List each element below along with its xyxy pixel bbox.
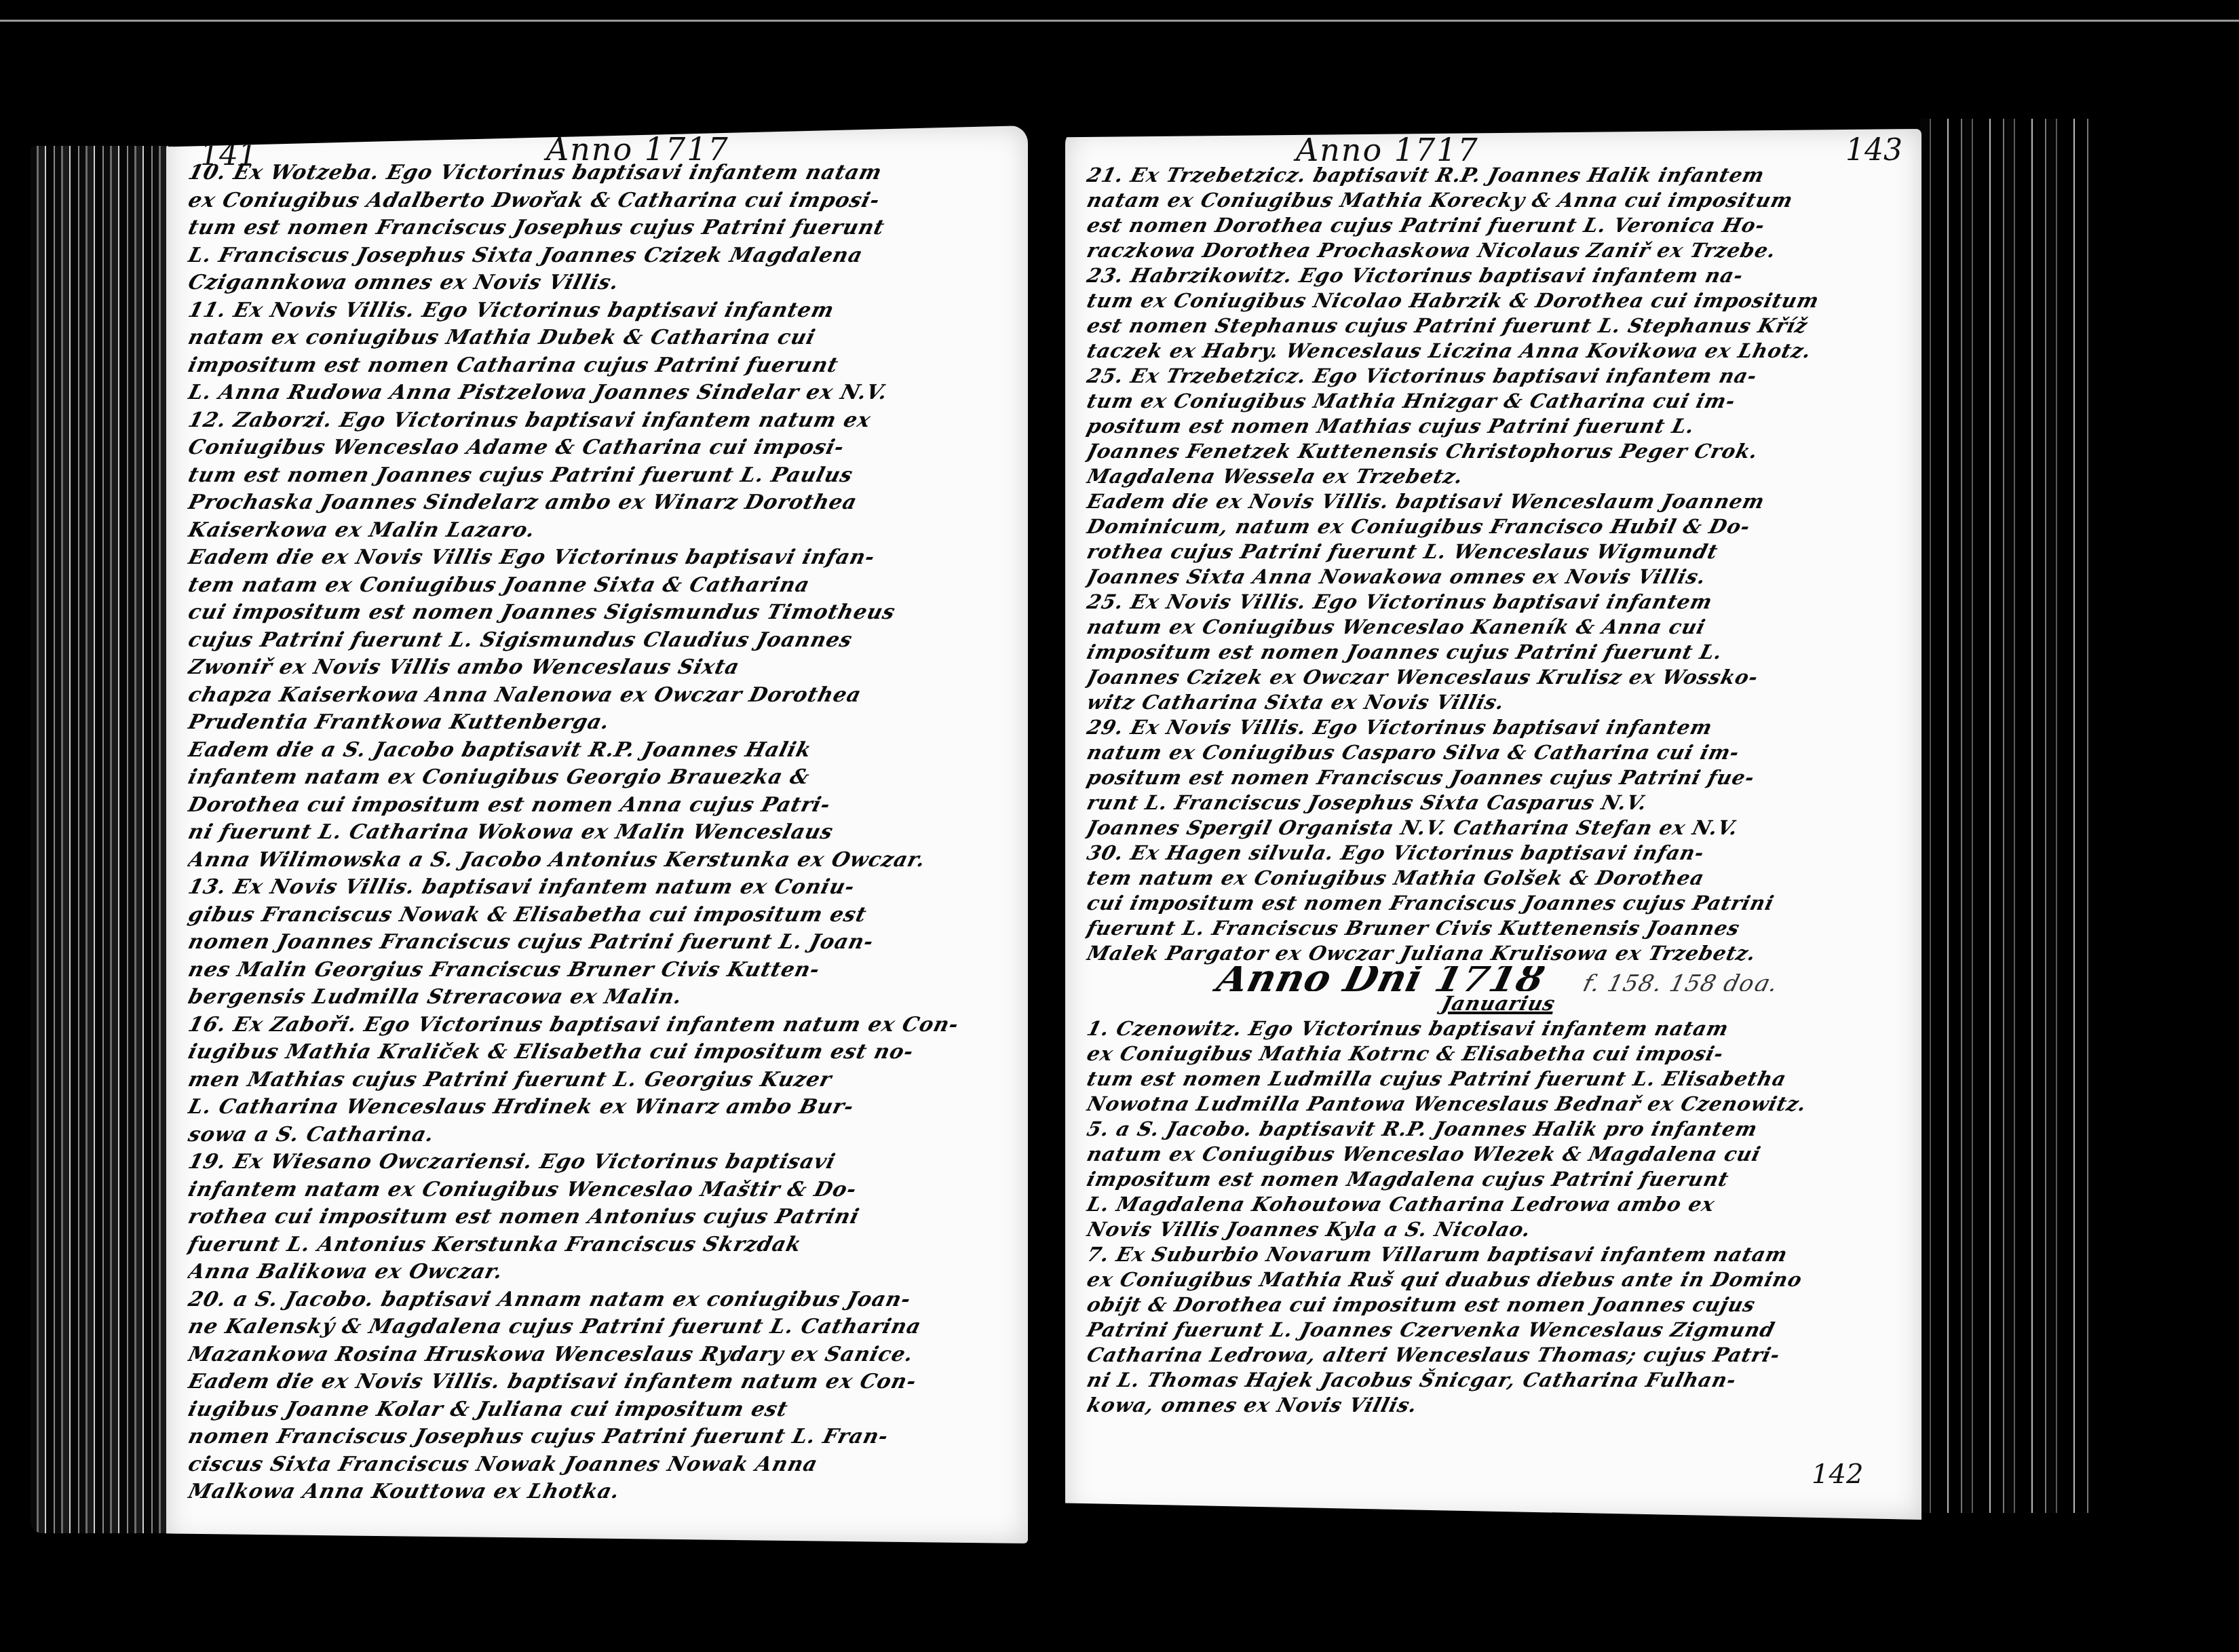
register-line: Mazankowa Rosina Hruskowa Wenceslaus Ryd… (185, 1341, 1020, 1369)
year-heading-text: Anno Dni 1718 (1212, 966, 1550, 991)
register-line: raczkowa Dorothea Prochaskowa Nicolaus Z… (1084, 238, 1913, 263)
register-line: kowa, omnes ex Novis Villis. (1084, 1393, 1913, 1418)
register-line: Malkowa Anna Kouttowa ex Lhotka. (185, 1478, 1020, 1506)
register-line: ciscus Sixta Franciscus Nowak Joannes No… (185, 1451, 1020, 1479)
register-line: Dominicum, natum ex Coniugibus Francisco… (1084, 514, 1913, 539)
register-line: gibus Franciscus Nowak & Elisabetha cui … (185, 902, 1020, 929)
register-line: natum ex Coniugibus Wenceslao Kaneník & … (1084, 615, 1913, 640)
register-line: rothea cujus Patrini fuerunt L. Wencesla… (1084, 539, 1913, 564)
register-line: est nomen Dorothea cujus Patrini fuerunt… (1084, 213, 1913, 238)
register-line: Joannes Sixta Anna Nowakowa omnes ex Nov… (1084, 564, 1913, 590)
register-line: Magdalena Wessela ex Trzebetz. (1084, 464, 1913, 489)
register-line: fuerunt L. Antonius Kerstunka Franciscus… (185, 1231, 1020, 1259)
register-line: ni L. Thomas Hajek Jacobus Šnicgar, Cath… (1084, 1368, 1913, 1393)
register-line: 25. Ex Trzebetzicz. Ego Victorinus bapti… (1084, 364, 1913, 389)
register-line: Malek Pargator ex Owczar Juliana Kruliso… (1084, 941, 1913, 966)
register-line: Zwoniř ex Novis Villis ambo Wenceslaus S… (185, 654, 1020, 682)
register-line: L. Magdalena Kohoutowa Catharina Ledrowa… (1084, 1192, 1913, 1217)
register-line: Joannes Spergil Organista N.V. Catharina… (1084, 815, 1913, 841)
month-heading: Januarius (1084, 991, 1913, 1016)
register-line: Kaiserkowa ex Malin Lazaro. (185, 517, 1020, 545)
register-line: tum ex Coniugibus Mathia Hnizgar & Catha… (1084, 389, 1913, 414)
left-page-entries: 10. Ex Wotzeba. Ego Victorinus baptisavi… (185, 159, 1013, 1506)
register-line: 25. Ex Novis Villis. Ego Victorinus bapt… (1084, 590, 1913, 615)
register-line: nomen Joannes Franciscus cujus Patrini f… (185, 929, 1020, 957)
register-line: fuerunt L. Franciscus Bruner Civis Kutte… (1084, 916, 1913, 941)
register-line: impositum est nomen Joannes cujus Patrin… (1084, 640, 1913, 665)
register-line: Anna Balikowa ex Owczar. (185, 1259, 1020, 1286)
register-line: tum est nomen Franciscus Josephus cujus … (185, 214, 1020, 242)
register-line: positum est nomen Franciscus Joannes cuj… (1084, 765, 1913, 790)
register-line: impositum est nomen Catharina cujus Patr… (185, 352, 1020, 380)
register-line: Joannes Czizek ex Owczar Wenceslaus Krul… (1084, 665, 1913, 690)
register-line: infantem natam ex Coniugibus Georgio Bra… (185, 764, 1020, 792)
register-line: natum ex Coniugibus Wenceslao Wlezek & M… (1084, 1142, 1913, 1167)
register-line: bergensis Ludmilla Streracowa ex Malin. (185, 984, 1020, 1012)
register-line: L. Franciscus Josephus Sixta Joannes Czi… (185, 242, 1020, 270)
register-line: 5. a S. Jacobo. baptisavit R.P. Joannes … (1084, 1117, 1913, 1142)
register-line: iugibus Joanne Kolar & Juliana cui impos… (185, 1396, 1020, 1424)
register-line: 11. Ex Novis Villis. Ego Victorinus bapt… (185, 297, 1020, 325)
margin-note: f. 158. 158 dog. (1580, 970, 1781, 991)
register-line: iugibus Mathia Kraliček & Elisabetha cui… (185, 1039, 1020, 1067)
register-line: 21. Ex Trzebetzicz. baptisavit R.P. Joan… (1084, 163, 1913, 188)
register-line: tum est nomen Ludmilla cujus Patrini fue… (1084, 1067, 1913, 1092)
register-line: Czigannkowa omnes ex Novis Villis. (185, 269, 1020, 297)
right-page-fore-edge (1920, 119, 2090, 1513)
register-line: L. Catharina Wenceslaus Hrdinek ex Winar… (185, 1094, 1020, 1121)
register-line: nes Malin Georgius Franciscus Bruner Civ… (185, 957, 1020, 984)
register-line: Nowotna Ludmilla Pantowa Wenceslaus Bedn… (1084, 1092, 1913, 1117)
left-page: 141 Anno 1717 10. Ex Wotzeba. Ego Victor… (166, 126, 1028, 1543)
scan-border-line (0, 20, 2239, 22)
register-line: natum ex Coniugibus Casparo Silva & Cath… (1084, 740, 1913, 765)
register-line: Eadem die ex Novis Villis. baptisavi inf… (185, 1368, 1020, 1396)
register-line: positum est nomen Mathias cujus Patrini … (1084, 414, 1913, 439)
register-line: ex Coniugibus Mathia Kotrnc & Elisabetha… (1084, 1041, 1913, 1067)
register-line: sowa a S. Catharina. (185, 1121, 1020, 1149)
register-line: Dorothea cui impositum est nomen Anna cu… (185, 792, 1020, 820)
register-line: tem natam ex Coniugibus Joanne Sixta & C… (185, 572, 1020, 600)
right-page: Anno 1717 143 21. Ex Trzebetzicz. baptis… (1065, 129, 1921, 1520)
register-line: nomen Franciscus Josephus cujus Patrini … (185, 1423, 1020, 1451)
register-line: Coniugibus Wenceslao Adame & Catharina c… (185, 434, 1020, 462)
register-line: Patrini fuerunt L. Joannes Czervenka Wen… (1084, 1318, 1913, 1343)
month-heading-text: Januarius (1439, 992, 1558, 1015)
register-line: tem natum ex Coniugibus Mathia Golšek & … (1084, 866, 1913, 891)
register-line: 20. a S. Jacobo. baptisavi Annam natam e… (185, 1286, 1020, 1314)
register-line: Joannes Fenetzek Kuttenensis Christophor… (1084, 439, 1913, 464)
register-line: 7. Ex Suburbio Novarum Villarum baptisav… (1084, 1242, 1913, 1267)
register-line: est nomen Stephanus cujus Patrini fuerun… (1084, 313, 1913, 339)
register-line: Prochaska Joannes Sindelarz ambo ex Wina… (185, 489, 1020, 517)
register-line: tum ex Coniugibus Nicolao Habrzik & Doro… (1084, 288, 1913, 313)
register-line: tum est nomen Joannes cujus Patrini fuer… (185, 462, 1020, 490)
register-line: men Mathias cujus Patrini fuerunt L. Geo… (185, 1067, 1020, 1094)
register-line: natam ex coniugibus Mathia Dubek & Catha… (185, 324, 1020, 352)
register-line: chapza Kaiserkowa Anna Nalenowa ex Owcza… (185, 682, 1020, 710)
register-line: Eadem die a S. Jacobo baptisavit R.P. Jo… (185, 737, 1020, 765)
register-line: cui impositum est nomen Joannes Sigismun… (185, 599, 1020, 627)
register-line: 16. Ex Zaboři. Ego Victorinus baptisavi … (185, 1012, 1020, 1039)
register-line: 1. Czenowitz. Ego Victorinus baptisavi i… (1084, 1016, 1913, 1041)
year-heading: Anno Dni 1718f. 158. 158 dog. (1084, 966, 1913, 991)
register-line: Anna Wilimowska a S. Jacobo Antonius Ker… (185, 847, 1020, 875)
register-line: cui impositum est nomen Franciscus Joann… (1084, 891, 1913, 916)
register-line: taczek ex Habry. Wenceslaus Liczina Anna… (1084, 339, 1913, 364)
right-page-entries: 21. Ex Trzebetzicz. baptisavit R.P. Joan… (1084, 163, 1907, 1418)
register-line: witz Catharina Sixta ex Novis Villis. (1084, 690, 1913, 715)
register-line: rothea cui impositum est nomen Antonius … (185, 1204, 1020, 1231)
register-line: Prudentia Frantkowa Kuttenberga. (185, 709, 1020, 737)
register-line: cujus Patrini fuerunt L. Sigismundus Cla… (185, 627, 1020, 655)
left-page-fore-edge (31, 146, 170, 1533)
register-line: ex Coniugibus Adalberto Dwořak & Cathari… (185, 187, 1020, 215)
register-line: infantem natam ex Coniugibus Wenceslao M… (185, 1176, 1020, 1204)
register-line: 12. Zaborzi. Ego Victorinus baptisavi in… (185, 407, 1020, 435)
register-line: 19. Ex Wiesano Owczariensi. Ego Victorin… (185, 1149, 1020, 1176)
register-line: 23. Habrzikowitz. Ego Victorinus baptisa… (1084, 263, 1913, 288)
register-line: 30. Ex Hagen silvula. Ego Victorinus bap… (1084, 841, 1913, 866)
register-line: Catharina Ledrowa, alteri Wenceslaus Tho… (1084, 1343, 1913, 1368)
register-line: Eadem die ex Novis Villis. baptisavi Wen… (1084, 489, 1913, 514)
register-line: ne Kalenský & Magdalena cujus Patrini fu… (185, 1313, 1020, 1341)
register-line: Eadem die ex Novis Villis Ego Victorinus… (185, 544, 1020, 572)
register-line: 10. Ex Wotzeba. Ego Victorinus baptisavi… (185, 159, 1020, 187)
register-line: runt L. Franciscus Josephus Sixta Caspar… (1084, 790, 1913, 815)
register-line: Novis Villis Joannes Kyla a S. Nicolao. (1084, 1217, 1913, 1242)
register-line: 29. Ex Novis Villis. Ego Victorinus bapt… (1084, 715, 1913, 740)
register-line: impositum est nomen Magdalena cujus Patr… (1084, 1167, 1913, 1192)
register-line: L. Anna Rudowa Anna Pistzelowa Joannes S… (185, 379, 1020, 407)
register-line: ex Coniugibus Mathia Ruš qui duabus dieb… (1084, 1267, 1913, 1292)
register-line: natam ex Coniugibus Mathia Korecky & Ann… (1084, 188, 1913, 213)
register-line: 13. Ex Novis Villis. baptisavi infantem … (185, 874, 1020, 902)
footer-folio-number: 142 (1812, 1459, 1863, 1490)
register-line: obijt & Dorothea cui impositum est nomen… (1084, 1292, 1913, 1318)
register-line: ni fuerunt L. Catharina Wokowa ex Malin … (185, 819, 1020, 847)
